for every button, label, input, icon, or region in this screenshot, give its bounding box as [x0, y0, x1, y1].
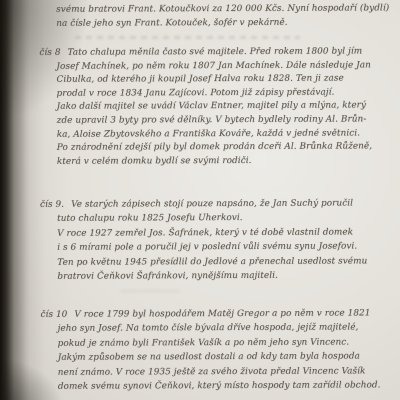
handwritten-line: zde upravil 3 byty pro své dělníky. V by…	[57, 113, 396, 128]
handwritten-line: i s 6 mírami pole a poručil jej v posled…	[57, 239, 396, 255]
handwritten-line: není známo. V roce 1935 ještě za svého ž…	[58, 364, 397, 380]
handwritten-line: bratrovi Čeňkovi Šafránkovi, nynějšímu m…	[57, 268, 396, 284]
handwritten-line: ka, Aloise Zbytovského a Františka Kovář…	[57, 127, 396, 142]
handwritten-line: tuto chalupu roku 1825 Josefu Uherkovi.	[57, 211, 396, 227]
section-number: čís 9.	[40, 198, 71, 213]
paragraph-continuation: svému bratrovi Frant. Kotoučkovi za 120 …	[56, 2, 395, 31]
handwritten-line: Jakým způsobem se na usedlost dostali a …	[58, 349, 397, 365]
handwritten-line: Josef Machínek, po něm roku 1807 Jan Mac…	[56, 59, 395, 74]
handwritten-line: prodal v roce 1834 Janu Zajícovi. Potom …	[57, 86, 396, 101]
handwritten-line: Cibulka, od kterého ji koupil Josef Halv…	[56, 72, 395, 87]
section-number: čís 8	[39, 47, 67, 61]
handwritten-line: čís 10V roce 1799 byl hospodářem Matěj G…	[57, 306, 396, 322]
scan-edge-shadow	[0, 0, 30, 400]
handwritten-line: pokud je známo byli František Vašík a po…	[58, 335, 397, 351]
handwritten-line: čís 8Tato chalupa měnila často své majit…	[56, 45, 395, 60]
section-house-9: čís 9.Ve starých zápisech stojí pouze na…	[57, 196, 396, 284]
handwritten-line: domek svému synovi Čeňkovi, který místo …	[58, 378, 397, 394]
handwritten-line: čís 9.Ve starých zápisech stojí pouze na…	[57, 196, 396, 212]
handwritten-text: svému bratrovi Frant. Kotoučkovi za 120 …	[56, 0, 397, 400]
handwritten-line-text: Ve starých zápisech stojí pouze napsáno,…	[71, 198, 353, 209]
section-house-8: čís 8Tato chalupa měnila často své majit…	[56, 45, 396, 169]
section-house-10: čís 10V roce 1799 byl hospodářem Matěj G…	[57, 306, 396, 394]
scanned-page: svému bratrovi Frant. Kotoučkovi za 120 …	[0, 0, 400, 400]
handwritten-line: Jako další majitel se uvádí Václav Entne…	[57, 100, 396, 115]
handwritten-line-text: Tato chalupa měnila často své majitele. …	[67, 46, 362, 57]
handwritten-line: Ten po květnu 1945 přesídlil do Jedlové …	[57, 254, 396, 270]
handwritten-line: Po znárodnění zdejší pily byl domek prod…	[57, 140, 396, 155]
handwritten-line: svému bratrovi Frant. Kotoučkovi za 120 …	[56, 2, 395, 17]
section-number: čís 10	[40, 308, 74, 323]
handwritten-line: jeho syn Josef. Na tomto čísle bývala dř…	[58, 321, 397, 337]
handwritten-line: která v celém domku bydlí se svými rodič…	[57, 154, 396, 169]
handwritten-line: na čísle jeho syn Frant. Kotouček, šofér…	[56, 16, 395, 31]
handwritten-line: V roce 1927 zemřel Jos. Šafránek, který …	[57, 225, 396, 241]
handwritten-line-text: V roce 1799 byl hospodářem Matěj Gregor …	[74, 308, 370, 319]
